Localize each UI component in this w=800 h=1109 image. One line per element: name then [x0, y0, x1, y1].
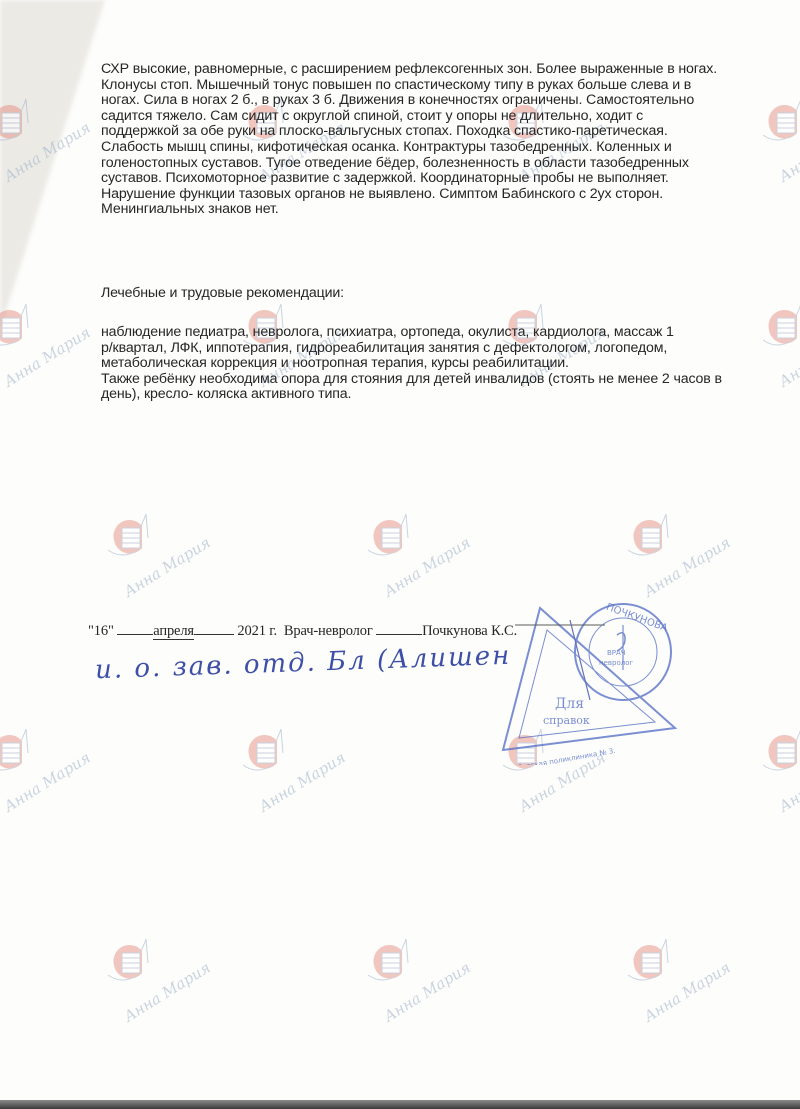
feeding-bottle-icon	[100, 935, 160, 990]
feeding-bottle-icon	[620, 935, 680, 990]
watermark-logo: Анна Мария	[620, 935, 730, 1030]
scan-bottom-edge	[0, 1100, 800, 1109]
blank-underline	[117, 622, 153, 635]
clinical-findings-paragraph: СХР высокие, равномерные, с расширением …	[101, 62, 771, 218]
svg-text:невролог: невролог	[599, 659, 633, 667]
watermark-logo: Анна Мария	[0, 300, 90, 395]
recommendation-line: р/квартал, ЛФК, иппотерапия, гидрореабил…	[101, 341, 781, 357]
watermark-logo: Анна Мария	[235, 725, 345, 820]
watermark-logo: Анна Мария	[100, 510, 210, 605]
body-line: Менингиальных знаков нет.	[101, 202, 771, 218]
official-stamp: ПОЧКУНОВА ВРАЧ невролог Для справок Детс…	[495, 590, 695, 765]
body-line: Клонусы стоп. Мышечный тонус повышен по …	[101, 78, 771, 94]
watermark-logo: Анна Мария	[360, 510, 470, 605]
date-year: 2021 г.	[237, 623, 277, 639]
feeding-bottle-icon	[360, 510, 420, 565]
body-line: поддержкой за обе руки на плоско-вальгус…	[101, 124, 771, 140]
svg-text:Для: Для	[555, 696, 584, 712]
recommendations-heading: Лечебные и трудовые рекомендации:	[101, 286, 344, 302]
feeding-bottle-icon	[360, 935, 420, 990]
feeding-bottle-icon	[100, 510, 160, 565]
recommendation-line: Также ребёнку необходима опора для стоян…	[101, 372, 781, 388]
signature-line: "16" апреля 2021 г. Врач-невролог Почкун…	[88, 622, 517, 640]
body-line: садится тяжело. Сам сидит с округлой спи…	[101, 109, 771, 125]
recommendation-line: метаболическая коррекция и ноотропная те…	[101, 356, 781, 372]
document-page: Анна МарияАнна МарияАнна МарияАнна Мария…	[0, 0, 800, 1100]
watermark-logo: Анна Мария	[0, 725, 90, 820]
signature-blank	[376, 622, 422, 635]
svg-text:справок: справок	[543, 714, 590, 727]
watermark-logo: Анна Мария	[0, 95, 90, 190]
feeding-bottle-icon	[755, 725, 800, 780]
recommendations-paragraph: наблюдение педиатра, невролога, психиатр…	[101, 325, 781, 403]
feeding-bottle-icon	[0, 725, 40, 780]
recommendation-line: наблюдение педиатра, невролога, психиатр…	[101, 325, 781, 341]
body-line: голеностопных суставов. Тугое отведение …	[101, 156, 771, 172]
watermark-logo: Анна Мария	[360, 935, 470, 1030]
doctor-position: Врач-невролог	[284, 623, 373, 639]
body-line: Нарушение функции тазовых органов не выя…	[101, 187, 771, 203]
body-line: суставов. Психомоторное развитие с задер…	[101, 171, 771, 187]
body-line: СХР высокие, равномерные, с расширением …	[101, 62, 771, 78]
date-month: апреля	[153, 623, 194, 640]
svg-text:ВРАЧ: ВРАЧ	[607, 649, 626, 657]
feeding-bottle-icon	[235, 725, 295, 780]
handwritten-signature: и. о. зав. отд. Бл (Алишен	[95, 641, 512, 686]
body-line: Слабость мышц спины, кифотическая осанка…	[101, 140, 771, 156]
body-line: ногах. Сила в ногах 2 б., в руках 3 б. Д…	[101, 93, 771, 109]
feeding-bottle-icon	[0, 300, 40, 355]
stamp-icon: ПОЧКУНОВА ВРАЧ невролог Для справок Детс…	[495, 590, 695, 765]
blank-underline	[194, 622, 234, 635]
svg-text:Детская поликлиника № 3.: Детская поликлиника № 3.	[516, 747, 616, 765]
feeding-bottle-icon	[0, 95, 40, 150]
watermark-logo: Анна Мария	[100, 935, 210, 1030]
watermark-logo: Анна Мария	[755, 725, 800, 820]
date-day: "16"	[88, 623, 114, 639]
recommendation-line: день), кресло- коляска активного типа.	[101, 387, 781, 403]
feeding-bottle-icon	[620, 510, 680, 565]
